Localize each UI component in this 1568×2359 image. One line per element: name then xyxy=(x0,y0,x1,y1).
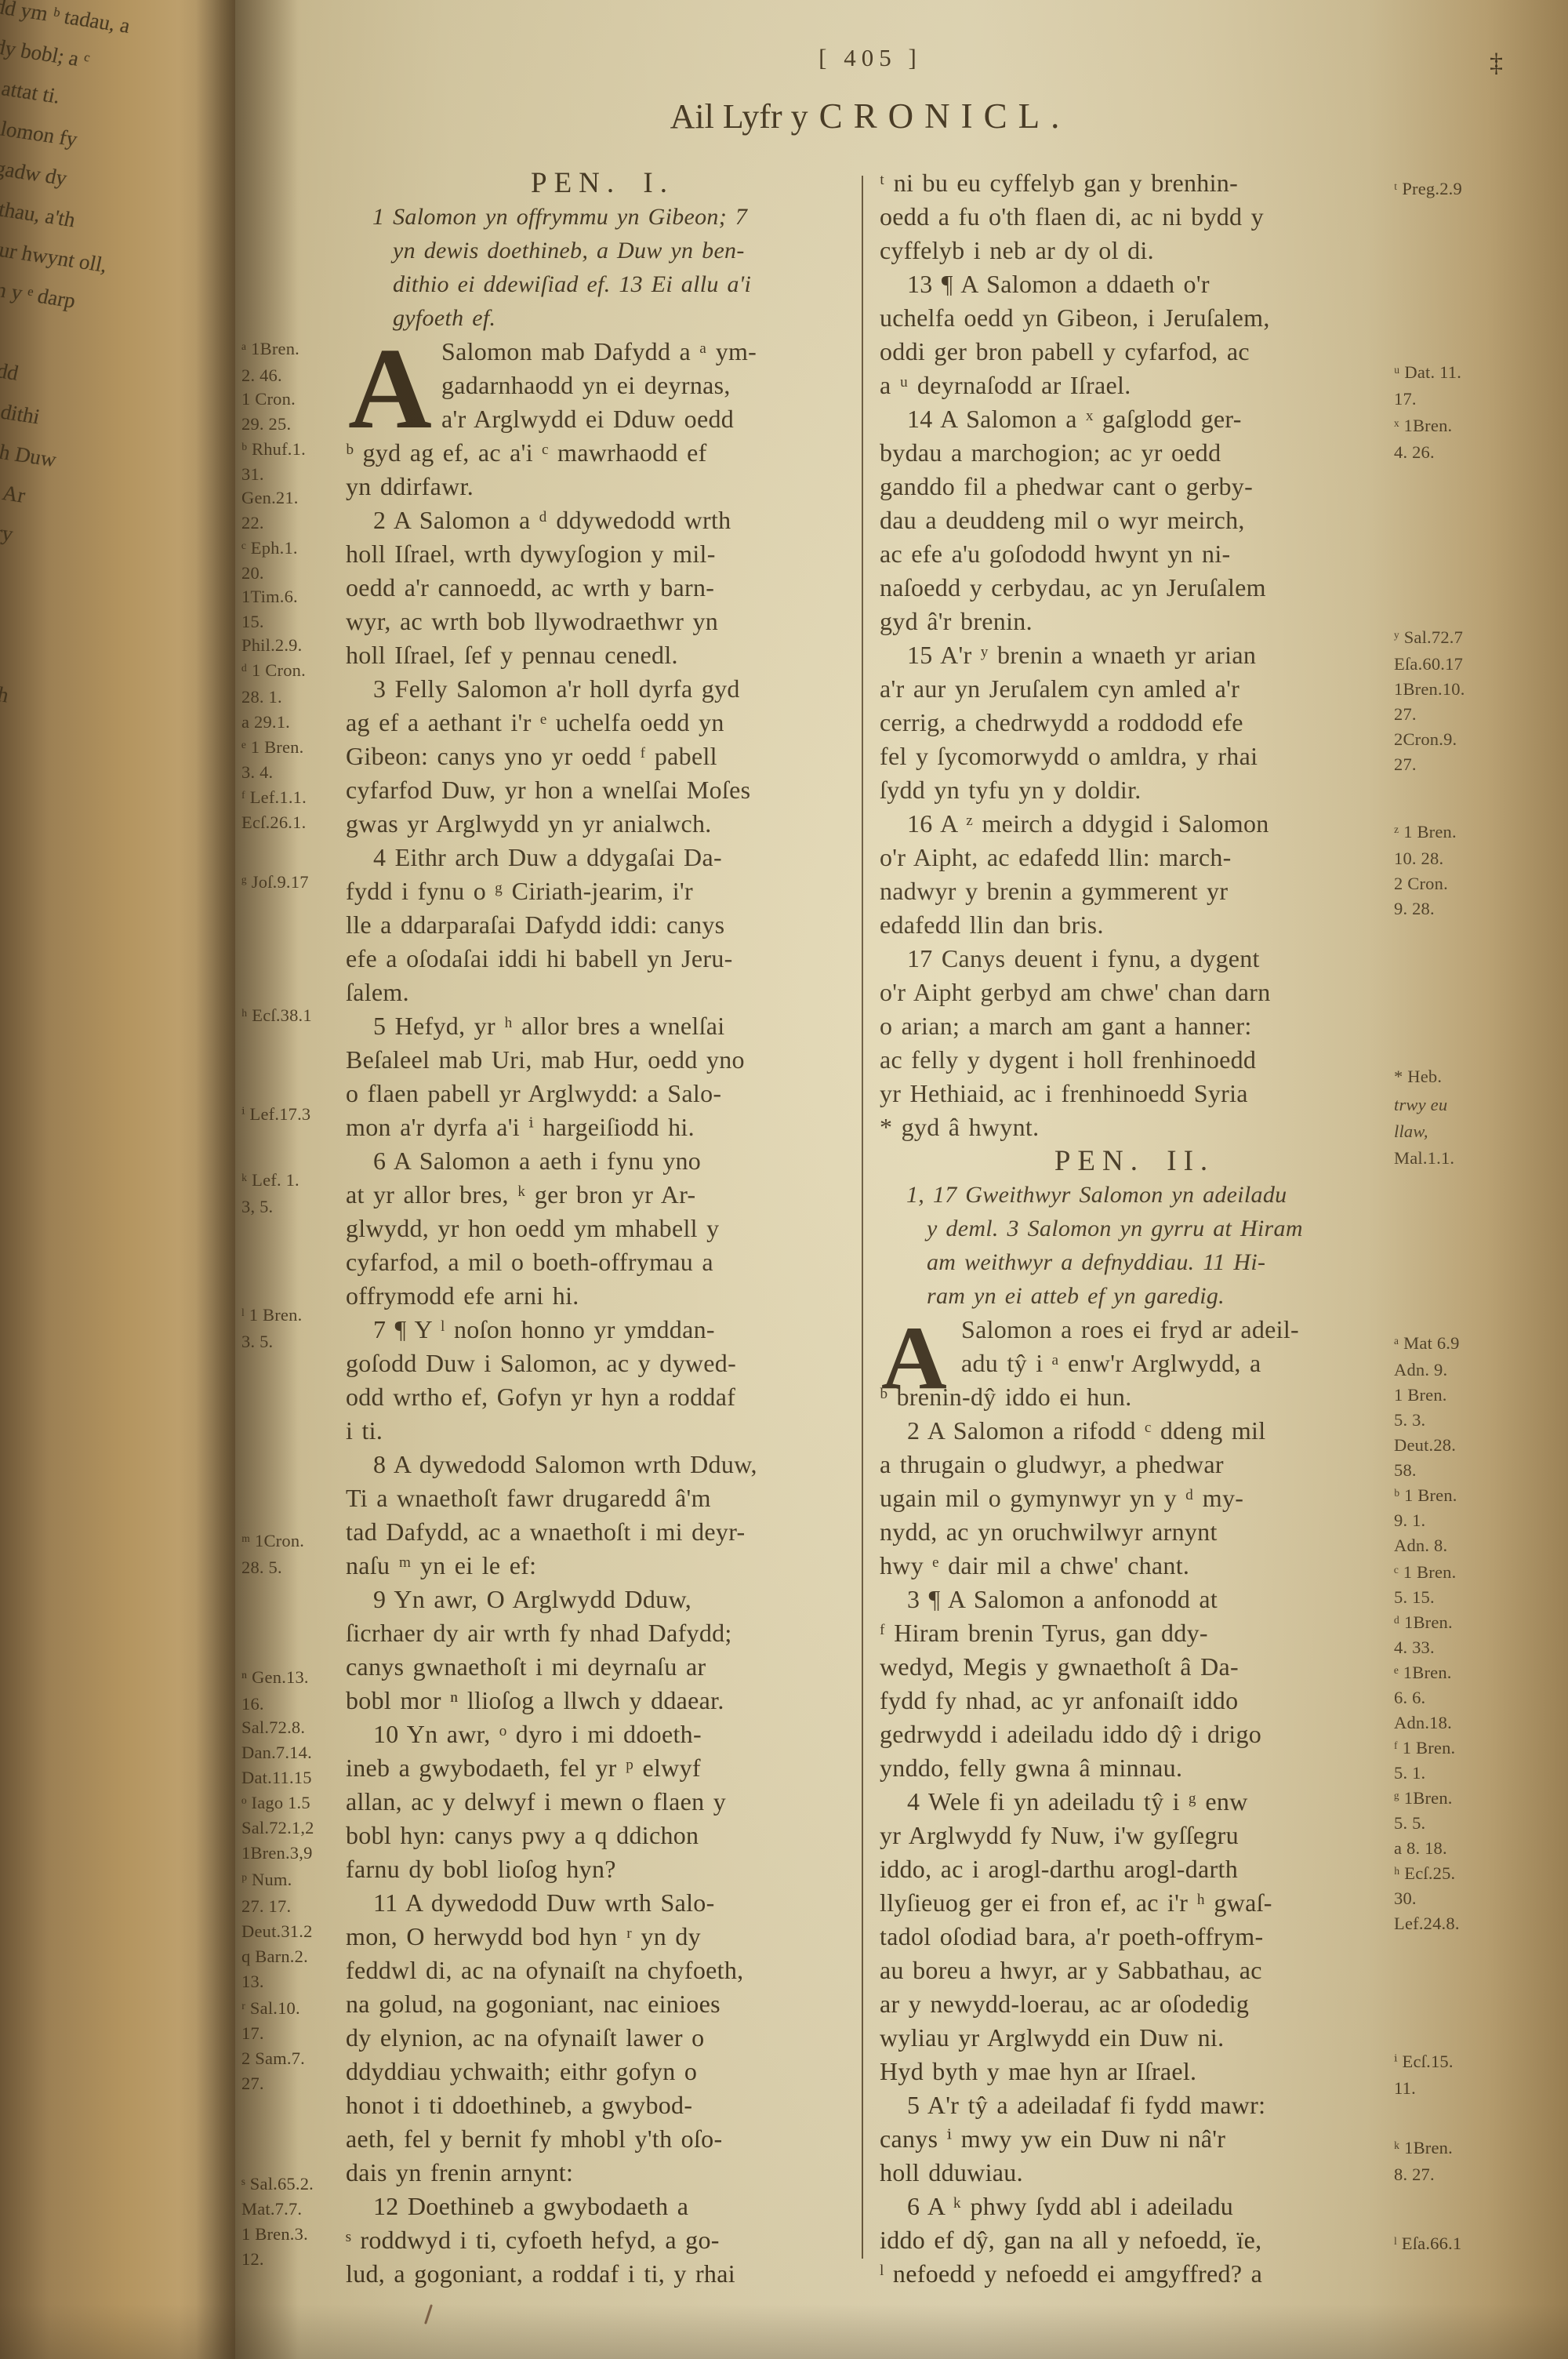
text-line: ag ef a aethant i'r ᵉ uchelfa oedd yn xyxy=(346,706,859,740)
text-line: 4 Eithr arch Duw a ddygaſai Da- xyxy=(346,841,859,874)
text-line: Ti a wnaethoſt fawr drugaredd â'm xyxy=(346,1481,859,1515)
page: [ 405 ] ‡ Ail Lyfr y CRONICL. ᵃ 1Bren.2.… xyxy=(235,0,1568,2359)
margin-reference: ᵉ 1 Bren. xyxy=(241,737,303,758)
margin-reference: ᵃ Mat 6.9 xyxy=(1394,1333,1460,1354)
text-line: yr Arglwydd fy Nuw, i'w gyſſegru xyxy=(880,1819,1389,1852)
text-line: ganddo fil a phedwar cant o gerby- xyxy=(880,470,1389,503)
text-line: llyſieuog ger ei fron ef, ac i'r ʰ gwaſ- xyxy=(880,1886,1389,1920)
margin-reference: Gen.21. xyxy=(241,488,299,508)
margin-reference: ʳ Sal.10. xyxy=(241,1998,300,2019)
ink-stroke-mark xyxy=(424,2304,433,2324)
text-line: 14 A Salomon a ˣ gaſglodd ger- xyxy=(880,402,1389,436)
text-column-left: PEN. I.1 Salomon yn offrymmu yn Gibeon; … xyxy=(346,166,859,2299)
text-line: yn ddirfawr. xyxy=(346,470,859,503)
text-line: 9 Yn awr, O Arglwydd Dduw, xyxy=(346,1583,859,1616)
text-line: cyffelyb i neb ar dy ol di. xyxy=(880,234,1389,267)
text-line: holl Iſrael, wrth dywyſogion y mil- xyxy=(346,537,859,571)
text-line: naſoedd y cerbydau, ac yn Jeruſalem xyxy=(880,571,1389,605)
text-line: tadol oſodiad bara, a'r poeth-offrym- xyxy=(880,1920,1389,1954)
margin-reference: ᵃ 1Bren. xyxy=(241,339,299,359)
margin-reference: q Barn.2. xyxy=(241,1946,308,1967)
margin-reference: 1 Bren.3. xyxy=(241,2224,308,2245)
margin-reference: ᵈ 1Bren. xyxy=(1394,1612,1453,1633)
text-line: at yr allor bres, ᵏ ger bron yr Ar- xyxy=(346,1178,859,1212)
margin-reference: 2 Cron. xyxy=(1394,874,1448,894)
text-line: iddo, ac i arogl-darthu arogl-darth xyxy=(880,1852,1389,1886)
text-line: 11 A dywedodd Duw wrth Salo- xyxy=(346,1886,859,1920)
text-line: cyfarfod, a mil o boeth-offrymau a xyxy=(346,1245,859,1279)
text-line: wyliau yr Arglwydd ein Duw ni. xyxy=(880,2021,1389,2055)
text-line: Beſaleel mab Uri, mab Hur, oedd yno xyxy=(346,1043,859,1077)
text-line: 6 A ᵏ phwy ſydd abl i adeiladu xyxy=(880,2190,1389,2223)
margin-reference: 27. xyxy=(241,2074,264,2094)
margin-reference: 9. 28. xyxy=(1394,899,1435,919)
text-line: Hyd byth y mae hyn ar Iſrael. xyxy=(880,2055,1389,2088)
text-line: ac efe a'u goſododd hwynt yn ni- xyxy=(880,537,1389,571)
margin-reference: ᵇ 1 Bren. xyxy=(1394,1485,1457,1506)
margin-reference: ʰ Ecſ.38.1 xyxy=(241,1005,312,1026)
text-line: oedd a fu o'th flaen di, ac ni bydd y xyxy=(880,200,1389,234)
margin-reference: 5. 3. xyxy=(1394,1410,1425,1430)
text-line: nydd, ac yn oruchwilwyr arnynt xyxy=(880,1515,1389,1549)
margin-reference: Dan.7.14. xyxy=(241,1743,312,1763)
text-line: ᶠ Hiram brenin Tyrus, gan ddy- xyxy=(880,1616,1389,1650)
text-line: aeth, fel y bernit fy mhobl y'th oſo- xyxy=(346,2122,859,2156)
margin-reference: 1Bren.10. xyxy=(1394,679,1465,700)
margin-reference: ᶻ 1 Bren. xyxy=(1394,822,1457,842)
margin-reference: 29. 25. xyxy=(241,414,291,434)
margin-reference: ᵏ Lef. 1. xyxy=(241,1170,299,1190)
text-line: canys gwnaethoſt i mi deyrnaſu ar xyxy=(346,1650,859,1684)
text-line: glwydd, yr hon oedd ym mhabell y xyxy=(346,1212,859,1245)
margin-reference: ᵉ 1Bren. xyxy=(1394,1663,1452,1683)
left-margin-references: ᵃ 1Bren.2. 46.1 Cron.29. 25.ᵇ Rhuf.1.31.… xyxy=(241,0,343,2359)
text-line: fydd fy nhad, ac yr anfonaiſt iddo xyxy=(880,1684,1389,1717)
text-line: ineb a gwybodaeth, fel yr ᵖ elwyf xyxy=(346,1751,859,1785)
book-title-main: CRONICL. xyxy=(811,96,1071,136)
margin-reference: 30. xyxy=(1394,1888,1417,1909)
text-line: 3 ¶ A Salomon a anfonodd at xyxy=(880,1583,1389,1616)
text-line: a ᵘ deyrnaſodd ar Iſrael. xyxy=(880,369,1389,402)
text-line: PEN. I. xyxy=(346,166,859,200)
text-line: canys ⁱ mwy yw ein Duw ni nâ'r xyxy=(880,2122,1389,2156)
text-line: hwy ᵉ dair mil a chwe' chant. xyxy=(880,1549,1389,1583)
book-title: Ail Lyfr y CRONICL. xyxy=(353,96,1388,136)
margin-reference: llaw, xyxy=(1394,1121,1428,1142)
margin-reference: a 8. 18. xyxy=(1394,1838,1447,1859)
margin-reference: Adn.18. xyxy=(1394,1713,1452,1733)
margin-reference: ᶜ Eph.1. xyxy=(241,538,298,558)
margin-reference: a 29.1. xyxy=(241,712,290,732)
text-line: feddwl di, ac na ofynaiſt na chyfoeth, xyxy=(346,1954,859,1987)
text-line: 1, 17 Gweithwyr Salomon yn adeiladu xyxy=(880,1178,1389,1212)
text-line: ᵇ brenin-dŷ iddo ei hun. xyxy=(880,1380,1389,1414)
text-line: ſalem. xyxy=(346,976,859,1009)
margin-reference: 9. 1. xyxy=(1394,1510,1425,1531)
text-line: iddo ef dŷ, gan na all y nefoedd, ïe, xyxy=(880,2223,1389,2257)
margin-reference: ʸ Sal.72.7 xyxy=(1394,627,1463,648)
margin-reference: ᵘ Dat. 11. xyxy=(1394,362,1461,383)
margin-reference: ᵇ Rhuf.1. xyxy=(241,439,306,460)
margin-reference: 27. xyxy=(1394,754,1417,775)
margin-reference: 13. xyxy=(241,1972,264,1992)
margin-reference: Adn. 9. xyxy=(1394,1360,1447,1380)
margin-reference: Deut.28. xyxy=(1394,1435,1456,1456)
text-line: dau a deuddeng mil o wyr meirch, xyxy=(880,503,1389,537)
text-line: 3 Felly Salomon a'r holl dyrfa gyd xyxy=(346,672,859,706)
text-line: mon a'r dyrfa a'i ⁱ hargeiſiodd hi. xyxy=(346,1110,859,1144)
text-line: na golud, na gogoniant, nac einioes xyxy=(346,1987,859,2021)
margin-reference: Deut.31.2 xyxy=(241,1921,313,1942)
margin-reference: 1 Bren. xyxy=(1394,1385,1447,1405)
margin-reference: 15. xyxy=(241,612,264,632)
text-line: goſodd Duw i Salomon, ac y dywed- xyxy=(346,1347,859,1380)
text-line: PEN. II. xyxy=(880,1144,1389,1178)
margin-reference: Sal.72.1,2 xyxy=(241,1818,314,1838)
margin-reference: Phil.2.9. xyxy=(241,635,302,656)
margin-reference: 20. xyxy=(241,563,264,583)
text-line: fydd i fynu o ᵍ Ciriath-jearim, i'r xyxy=(346,874,859,908)
text-line: o'r Aipht, ac edafedd llin: march- xyxy=(880,841,1389,874)
text-line: Salomon a roes ei fryd ar adeil- xyxy=(880,1313,1389,1347)
text-line: au boreu a hwyr, ar y Sabbathau, ac xyxy=(880,1954,1389,1987)
margin-reference: 17. xyxy=(1394,389,1417,409)
text-line: am weithwyr a defnyddiau. 11 Hi- xyxy=(880,1245,1389,1279)
text-line: y deml. 3 Salomon yn gyrru at Hiram xyxy=(880,1212,1389,1245)
margin-reference: ᵐ 1Cron. xyxy=(241,1531,304,1551)
text-line: 1 Salomon yn offrymmu yn Gibeon; 7 xyxy=(346,200,859,234)
text-line: adu tŷ i ᵃ enw'r Arglwydd, a xyxy=(880,1347,1389,1380)
margin-reference: 1Tim.6. xyxy=(241,587,298,607)
margin-reference: 17. xyxy=(241,2023,264,2044)
margin-reference: Eſa.60.17 xyxy=(1394,654,1463,674)
text-line: honot i ti ddoethineb, a gwybod- xyxy=(346,2088,859,2122)
previous-page-edge: yn dragywydd ym ᵇ tadau, adyliau calon d… xyxy=(0,0,273,2359)
text-line: o arian; a march am gant a hanner: xyxy=(880,1009,1389,1043)
text-line: ram yn ei atteb ef yn garedig. xyxy=(880,1279,1389,1313)
margin-reference: Lef.24.8. xyxy=(1394,1914,1460,1934)
text-line: ſicrhaer dy air wrth fy nhad Dafydd; xyxy=(346,1616,859,1650)
text-column-right: ᵗ ni bu eu cyffelyb gan y brenhin-oedd a… xyxy=(880,166,1389,2299)
margin-reference: ᵏ 1Bren. xyxy=(1394,2138,1453,2158)
text-line: wedyd, Megis y gwnaethoſt â Da- xyxy=(880,1650,1389,1684)
text-line: offrymodd efe arni hi. xyxy=(346,1279,859,1313)
text-line: ar y newydd-loerau, ac ar oſodedig xyxy=(880,1987,1389,2021)
margin-reference: 16. xyxy=(241,1694,264,1714)
margin-reference: Ecſ.26.1. xyxy=(241,812,306,833)
text-line: 13 ¶ A Salomon a ddaeth o'r xyxy=(880,267,1389,301)
margin-reference: 4. 26. xyxy=(1394,442,1435,463)
margin-reference: 5. 5. xyxy=(1394,1813,1425,1834)
margin-reference: 1 Cron. xyxy=(241,389,296,409)
text-line: * gyd â hwynt. xyxy=(880,1110,1389,1144)
margin-reference: ᵍ Joſ.9.17 xyxy=(241,872,309,892)
text-line: 2 A Salomon a rifodd ᶜ ddeng mil xyxy=(880,1414,1389,1448)
margin-reference: ᵗ Preg.2.9 xyxy=(1394,179,1462,199)
margin-reference: ˡ Eſa.66.1 xyxy=(1394,2234,1461,2254)
margin-reference: ᵈ 1 Cron. xyxy=(241,660,306,681)
text-line: mon, O herwydd bod hyn ʳ yn dy xyxy=(346,1920,859,1954)
margin-reference: 3, 5. xyxy=(241,1197,273,1217)
margin-reference: ᵖ Num. xyxy=(241,1870,292,1890)
text-line: edafedd llin dan bris. xyxy=(880,908,1389,942)
text-line: ᵗ ni bu eu cyffelyb gan y brenhin- xyxy=(880,166,1389,200)
text-line: gwas yr Arglwydd yn yr anialwch. xyxy=(346,807,859,841)
text-line: 8 A dywedodd Salomon wrth Dduw, xyxy=(346,1448,859,1481)
text-line: oedd a'r cannoedd, ac wrth y barn- xyxy=(346,571,859,605)
text-line: yr Hethiaid, ac i frenhinoedd Syria xyxy=(880,1077,1389,1110)
margin-reference: Mat.7.7. xyxy=(241,2199,302,2219)
margin-reference: 28. 1. xyxy=(241,687,282,707)
margin-reference: 2Cron.9. xyxy=(1394,729,1457,750)
text-line: odd wrtho ef, Gofyn yr hyn a roddaf xyxy=(346,1380,859,1414)
text-line: a thrugain o gludwyr, a phedwar xyxy=(880,1448,1389,1481)
margin-reference: 3. 5. xyxy=(241,1332,273,1352)
text-line: ˡ nefoedd y nefoedd ei amgyffred? a xyxy=(880,2257,1389,2291)
column-divider-rule xyxy=(862,176,863,2259)
text-line: 16 A ᶻ meirch a ddygid i Salomon xyxy=(880,807,1389,841)
text-line: ˢ roddwyd i ti, cyfoeth hefyd, a go- xyxy=(346,2223,859,2257)
margin-reference: 22. xyxy=(241,513,264,533)
text-line: gyd â'r brenin. xyxy=(880,605,1389,638)
book-title-prefix: Ail Lyfr y xyxy=(670,97,808,136)
margin-reference: 27. xyxy=(1394,704,1417,725)
margin-reference: Mal.1.1. xyxy=(1394,1148,1454,1169)
margin-reference: * Heb. xyxy=(1394,1067,1442,1087)
margin-reference: ˣ 1Bren. xyxy=(1394,416,1452,436)
margin-reference: 58. xyxy=(1394,1460,1417,1481)
margin-reference: ᵍ 1Bren. xyxy=(1394,1788,1453,1808)
margin-reference: ᶠ Lef.1.1. xyxy=(241,787,307,808)
margin-reference: 27. 17. xyxy=(241,1896,291,1917)
text-line: 10 Yn awr, ᵒ dyro i mi ddoeth- xyxy=(346,1717,859,1751)
margin-reference: Dat.11.15 xyxy=(241,1768,312,1788)
text-line: 5 Hefyd, yr ʰ allor bres a wnelſai xyxy=(346,1009,859,1043)
text-line: a'r aur yn Jeruſalem cyn amled a'r xyxy=(880,672,1389,706)
dropcap-chapter-1: A xyxy=(348,342,432,436)
margin-reference: ᶠ 1 Bren. xyxy=(1394,1738,1455,1758)
margin-reference: ⁱ Lef.17.3 xyxy=(241,1104,310,1125)
margin-reference: 4. 33. xyxy=(1394,1637,1435,1658)
margin-reference: trwy eu xyxy=(1394,1095,1447,1115)
margin-reference: Sal.72.8. xyxy=(241,1717,305,1738)
text-line: dy elynion, ac na ofynaiſt lawer o xyxy=(346,2021,859,2055)
margin-reference: ᶜ 1 Bren. xyxy=(1394,1562,1456,1583)
margin-reference: 31. xyxy=(241,464,264,485)
margin-reference: 11. xyxy=(1394,2078,1416,2099)
page-number: [ 405 ] xyxy=(361,44,1380,72)
text-line: nadwyr y brenin a gymmerent yr xyxy=(880,874,1389,908)
margin-reference: ʰ Ecſ.25. xyxy=(1394,1863,1455,1884)
text-line: dais yn frenin arnynt: xyxy=(346,2156,859,2190)
text-line: 15 A'r ʸ brenin a wnaeth yr arian xyxy=(880,638,1389,672)
margin-reference: Adn. 8. xyxy=(1394,1536,1447,1556)
text-line: 2 A Salomon a ᵈ ddywedodd wrth xyxy=(346,503,859,537)
text-line: holl dduwiau. xyxy=(880,2156,1389,2190)
text-line: ddyddiau ychwaith; eithr gofyn o xyxy=(346,2055,859,2088)
margin-reference: 3. 4. xyxy=(241,762,273,783)
text-line: yn dewis doethineb, a Duw yn ben- xyxy=(346,234,859,267)
text-line: lud, a gogoniant, a roddaf i ti, y rhai xyxy=(346,2257,859,2291)
text-line: oddi ger bron pabell y cyfarfod, ac xyxy=(880,335,1389,369)
text-line: 5 A'r tŷ a adeiladaf fi fydd mawr: xyxy=(880,2088,1389,2122)
text-line: Gibeon: canys yno yr oedd ᶠ pabell xyxy=(346,740,859,773)
text-line: o flaen pabell yr Arglwydd: a Salo- xyxy=(346,1077,859,1110)
text-line: 12 Doethineb a gwybodaeth a xyxy=(346,2190,859,2223)
text-line: 6 A Salomon a aeth i fynu yno xyxy=(346,1144,859,1178)
text-line: wyr, ac wrth bob llywodraethwr yn xyxy=(346,605,859,638)
margin-reference: ⁱ Ecſ.15. xyxy=(1394,2052,1454,2072)
right-margin-references: ᵗ Preg.2.9ᵘ Dat. 11.17.ˣ 1Bren.4. 26.ʸ S… xyxy=(1394,0,1551,2359)
text-line: gedrwydd i adeiladu iddo dŷ i drigo xyxy=(880,1717,1389,1751)
margin-reference: 5. 1. xyxy=(1394,1763,1425,1783)
text-line: cyfarfod Duw, yr hon a wnelſai Moſes xyxy=(346,773,859,807)
margin-reference: 5. 15. xyxy=(1394,1587,1435,1608)
text-line: tad Dafydd, ac a wnaethoſt i mi deyr- xyxy=(346,1515,859,1549)
text-line: bobl mor ⁿ llioſog a llwch y ddaear. xyxy=(346,1684,859,1717)
text-line: uchelfa oedd yn Gibeon, i Jeruſalem, xyxy=(880,301,1389,335)
text-line: 17 Canys deuent i fynu, a dygent xyxy=(880,942,1389,976)
margin-reference: 6. 6. xyxy=(1394,1688,1425,1708)
margin-reference: ˡ 1 Bren. xyxy=(241,1305,302,1325)
text-line: dithio ei ddewiſiad ef. 13 Ei allu a'i xyxy=(346,267,859,301)
margin-reference: ᵒ Iago 1.5 xyxy=(241,1793,310,1813)
text-line: fel y ſycomorwydd o amldra, y rhai xyxy=(880,740,1389,773)
text-line: i ti. xyxy=(346,1414,859,1448)
margin-reference: 12. xyxy=(241,2249,264,2270)
text-line: ugain mil o gymynwyr yn y ᵈ my- xyxy=(880,1481,1389,1515)
text-line: efe a oſodaſai iddi hi babell yn Jeru- xyxy=(346,942,859,976)
text-line: cerrig, a chedrwydd a roddodd efe xyxy=(880,706,1389,740)
margin-reference: 2 Sam.7. xyxy=(241,2048,305,2069)
margin-reference: 2. 46. xyxy=(241,365,282,386)
text-line: allan, ac y delwyf i mewn o flaen y xyxy=(346,1785,859,1819)
margin-reference: ⁿ Gen.13. xyxy=(241,1667,309,1688)
margin-reference: 8. 27. xyxy=(1394,2165,1435,2185)
margin-reference: 1Bren.3,9 xyxy=(241,1843,313,1863)
margin-reference: ˢ Sal.65.2. xyxy=(241,2174,314,2194)
text-line: holl Iſrael, ſef y pennau cenedl. xyxy=(346,638,859,672)
text-line: o'r Aipht gerbyd am chwe' chan darn xyxy=(880,976,1389,1009)
text-line: ac felly y dygent i holl frenhinoedd xyxy=(880,1043,1389,1077)
text-line: naſu ᵐ yn ei le ef: xyxy=(346,1549,859,1583)
text-line: bobl hyn: canys pwy a q ddichon xyxy=(346,1819,859,1852)
book-scan-photo: yn dragywydd ym ᵇ tadau, adyliau calon d… xyxy=(0,0,1568,2359)
text-line: bydau a marchogion; ac yr oedd xyxy=(880,436,1389,470)
text-line: 4 Wele fi yn adeiladu tŷ i ᵍ enw xyxy=(880,1785,1389,1819)
margin-reference: 28. 5. xyxy=(241,1558,282,1578)
text-line: lle a ddarparaſai Dafydd iddi: canys xyxy=(346,908,859,942)
dropcap-chapter-2: A xyxy=(881,1321,947,1396)
margin-reference: 10. 28. xyxy=(1394,849,1443,869)
text-line: farnu dy bobl lioſog hyn? xyxy=(346,1852,859,1886)
text-line: ynddo, felly gwna â minnau. xyxy=(880,1751,1389,1785)
text-line: ſydd yn tyfu yn y doldir. xyxy=(880,773,1389,807)
text-line: 7 ¶ Y ˡ noſon honno yr ymddan- xyxy=(346,1313,859,1347)
